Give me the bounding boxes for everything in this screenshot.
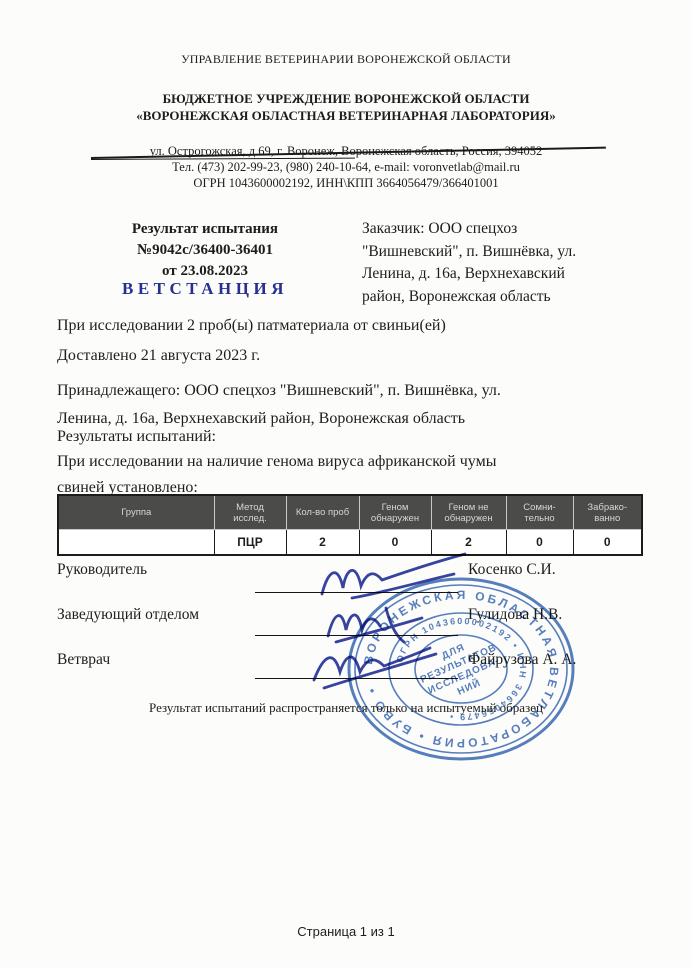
letterhead-contacts: Тел. (473) 202-99-23, (980) 240-10-64, e…: [0, 160, 692, 175]
cell-rejected: 0: [573, 530, 642, 556]
signature-line: [255, 635, 458, 636]
vetstation-stamp: ВЕТСТАНЦИЯ: [57, 278, 353, 299]
cell-sample-count: 2: [286, 530, 359, 556]
stamp-center-line1: ДЛЯ: [440, 642, 467, 662]
signature-role-department-head: Заведующий отделом: [57, 606, 199, 624]
document-page: УПРАВЛЕНИЕ ВЕТЕРИНАРИИ ВОРОНЕЖСКОЙ ОБЛАС…: [0, 0, 692, 968]
result-header-block: Результат испытания №9042с/36400-36401 о…: [57, 219, 353, 299]
signature-scribble-department-head: [328, 608, 422, 642]
signature-scribble-veterinarian: [314, 648, 436, 688]
letterhead-registration: ОГРН 1043600002192, ИНН\КПП 3664056479/3…: [0, 176, 692, 191]
result-title: Результат испытания: [57, 219, 353, 240]
signature-name-director: Косенко С.И.: [468, 561, 556, 579]
paragraph-owner: Принадлежащего: ООО спецхоз "Вишневский"…: [57, 377, 647, 432]
signature-line: [255, 592, 458, 593]
col-header-sample-count: Кол-во проб: [286, 495, 359, 530]
col-header-rejected: Забрако- ванно: [573, 495, 642, 530]
results-table: Группа Метод исслед. Кол-во проб Геном о…: [57, 494, 643, 556]
stamp-center-line4: НИЙ: [455, 676, 483, 698]
laboratory-round-stamp: ВОРОНЕЖСКАЯ ОБЛАСТНАЯ ВЕТЛАБОРАТОРИЯ • Б…: [344, 572, 579, 767]
col-header-doubtful: Сомни- тельно: [506, 495, 573, 530]
result-number: №9042с/36400-36401: [57, 240, 353, 261]
col-header-genome-not-detected: Геном не обнаружен: [431, 495, 506, 530]
footer-note: Результат испытаний распространяется тол…: [0, 700, 692, 716]
col-header-group: Группа: [58, 495, 214, 530]
cell-doubtful: 0: [506, 530, 573, 556]
paragraph-delivered: Доставлено 21 августа 2023 г.: [57, 347, 637, 365]
page-number: Страница 1 из 1: [0, 924, 692, 939]
col-header-method: Метод исслед.: [214, 495, 286, 530]
signature-role-director: Руководитель: [57, 561, 147, 579]
cell-genome-not-detected: 2: [431, 530, 506, 556]
customer-details: Заказчик: ООО спецхоз "Вишневский", п. В…: [362, 218, 650, 308]
letterhead-org-name-line1: БЮДЖЕТНОЕ УЧРЕЖДЕНИЕ ВОРОНЕЖСКОЙ ОБЛАСТИ: [0, 91, 692, 107]
signature-line: [255, 678, 458, 679]
signature-name-veterinarian: Файрузова А. А.: [468, 651, 576, 669]
signature-name-department-head: Гулидова Н.В.: [468, 606, 562, 624]
cell-genome-detected: 0: [359, 530, 431, 556]
signature-role-veterinarian: Ветврач: [57, 651, 110, 669]
paragraph-samples: При исследовании 2 проб(ы) патматериала …: [57, 317, 637, 335]
col-header-genome-detected: Геном обнаружен: [359, 495, 431, 530]
letterhead-org-name-line2: «ВОРОНЕЖСКАЯ ОБЛАСТНАЯ ВЕТЕРИНАРНАЯ ЛАБО…: [0, 108, 692, 124]
cell-method: ПЦР: [214, 530, 286, 556]
table-row: ПЦР 2 0 2 0 0: [58, 530, 642, 556]
paragraph-results-heading: Результаты испытаний:: [57, 428, 637, 446]
table-header-row: Группа Метод исслед. Кол-во проб Геном о…: [58, 495, 642, 530]
cell-group: [58, 530, 214, 556]
letterhead-authority: УПРАВЛЕНИЕ ВЕТЕРИНАРИИ ВОРОНЕЖСКОЙ ОБЛАС…: [0, 52, 692, 67]
